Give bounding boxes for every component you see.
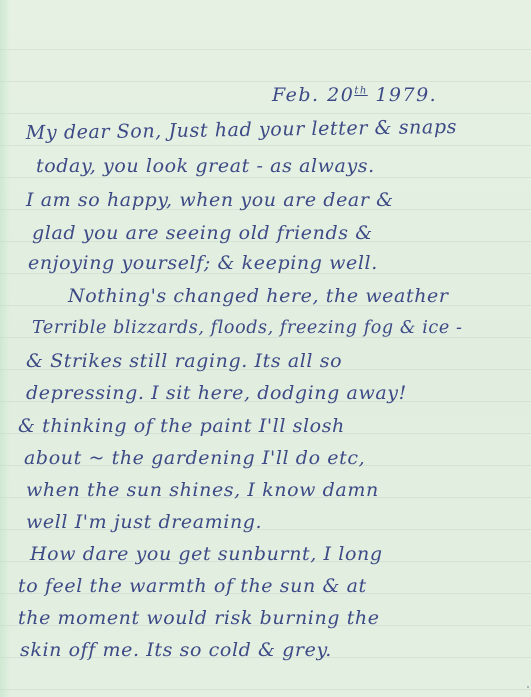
date-ordinal: th [354,86,367,97]
letter-page: Feb. 20th 1979. My dear Son, Just had yo… [0,0,531,697]
letter-line: My dear Son, Just had your letter & snap… [26,116,457,144]
letter-line: How dare you get sunburnt, I long [30,543,383,565]
letter-line: & Strikes still raging. Its all so [26,350,342,372]
ruled-line [0,81,531,82]
ruled-line [0,145,531,146]
letter-line: depressing. I sit here, dodging away! [26,382,407,404]
letter-line: today, you look great - as always. [36,155,375,177]
letter-date: Feb. 20th 1979. [272,84,437,106]
letter-line: skin off me. Its so cold & grey. [20,639,332,661]
letter-line: Terrible blizzards, floods, freezing fog… [32,318,462,338]
date-month-day: Feb. 20 [272,84,354,106]
letter-line: when the sun shines, I know damn [26,479,379,501]
ruled-line [0,113,531,114]
letter-line: enjoying yourself; & keeping well. [28,252,378,274]
ruled-line [0,49,531,50]
letter-line: & thinking of the paint I'll slosh [18,415,345,437]
letter-line: glad you are seeing old friends & [32,222,373,244]
date-year: 1979. [375,84,437,106]
letter-line: I am so happy, when you are dear & [26,189,394,211]
letter-line: the moment would risk burning the [18,607,380,629]
ruled-line [0,689,531,690]
paper-speck [527,686,529,688]
letter-line: Nothing's changed here, the weather [68,285,449,307]
letter-line: to feel the warmth of the sun & at [18,575,367,597]
ruled-line [0,177,531,178]
letter-line: about ~ the gardening I'll do etc, [24,447,365,469]
letter-line: well I'm just dreaming. [26,511,262,533]
